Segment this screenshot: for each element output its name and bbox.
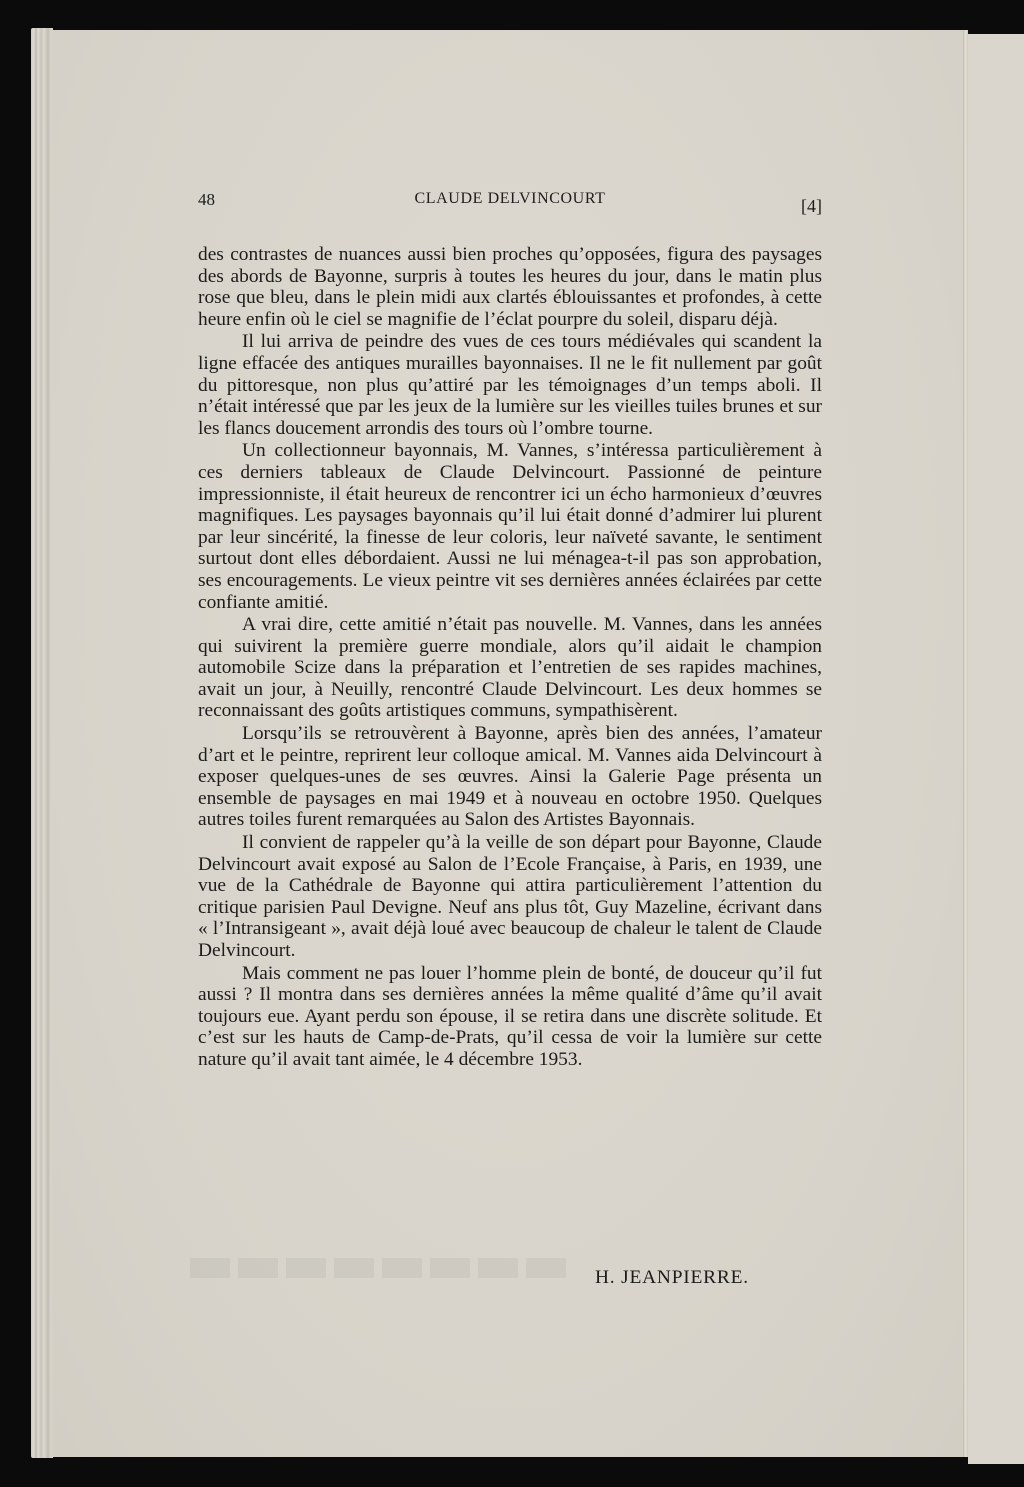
paragraph: A vrai dire, cette amitié n’était pas no… [198, 614, 822, 722]
paragraph: Lorsqu’ils se retrouvèrent à Bayonne, ap… [198, 723, 822, 831]
section-marker: [4] [801, 196, 822, 217]
paragraph: des contrastes de nuances aussi bien pro… [198, 244, 822, 330]
paragraph: Il convient de rappeler qu’à la veille d… [198, 832, 822, 962]
running-title: CLAUDE DELVINCOURT [198, 190, 822, 208]
running-header: 48 CLAUDE DELVINCOURT [4] [198, 188, 822, 218]
page-stack-edges [31, 28, 53, 1458]
paragraph: Il lui arriva de peindre des vues de ces… [198, 331, 822, 439]
author-signature: H. JEANPIERRE. [595, 1267, 749, 1289]
paragraph: Un collectionneur bayonnais, M. Vannes, … [198, 440, 822, 613]
show-through-text [190, 1258, 570, 1278]
paragraph: Mais comment ne pas louer l’homme plein … [198, 963, 822, 1071]
facing-page-edge [968, 34, 1024, 1464]
article-body: des contrastes de nuances aussi bien pro… [198, 244, 822, 1071]
